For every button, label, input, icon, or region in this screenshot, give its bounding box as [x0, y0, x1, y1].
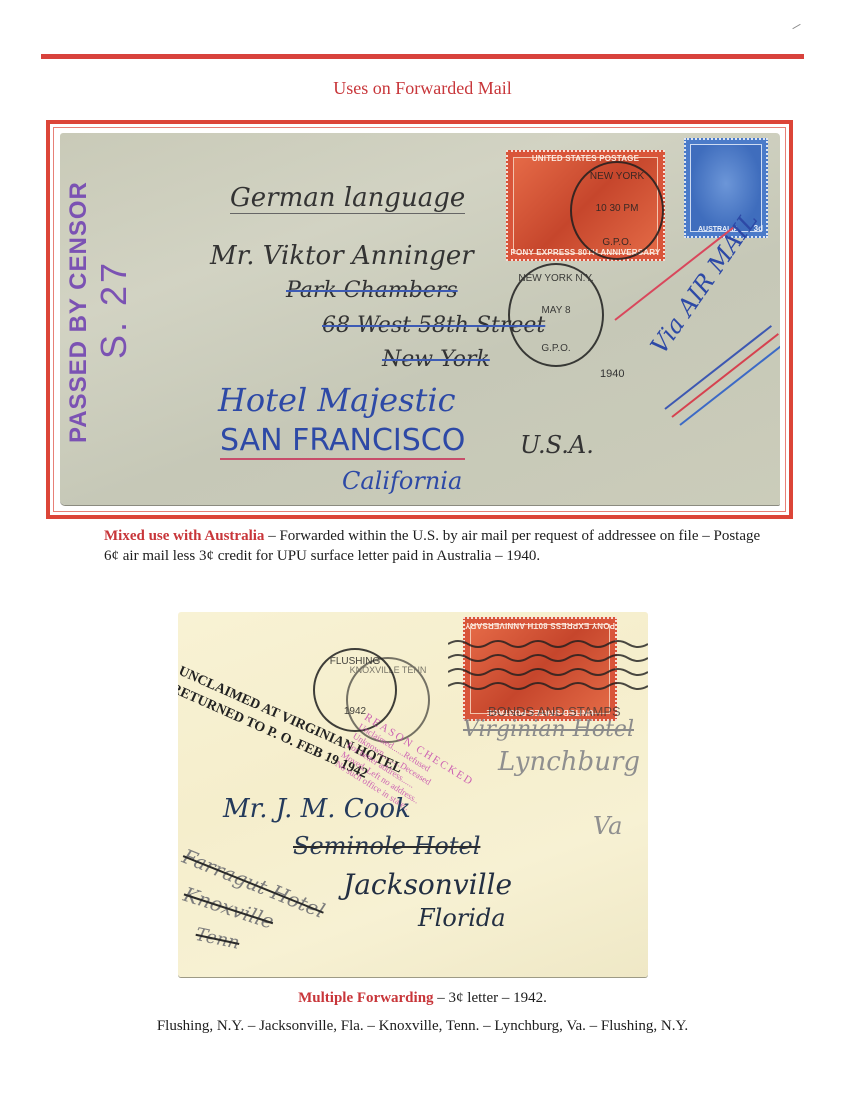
- censor-handstamp: PASSED BY CENSOR S. 27: [65, 181, 135, 443]
- pencil-virginian-hotel: Virginian Hotel: [463, 717, 634, 742]
- address-line-park-chambers: Park Chambers: [286, 278, 458, 303]
- addressee-name: Mr. J. M. Cook: [223, 794, 411, 824]
- pencil-tenn: Tenn: [194, 924, 242, 954]
- machine-cancel-wavy-lines: [448, 632, 648, 712]
- address-line-new-york: New York: [382, 347, 490, 372]
- cover1-envelope: PASSED BY CENSOR S. 27 UNITED STATES POS…: [60, 133, 780, 505]
- address-line-jacksonville: Jacksonville: [343, 868, 512, 901]
- address-line-florida: Florida: [418, 904, 506, 932]
- address-line-west-58th: 68 West 58th Street: [322, 313, 545, 338]
- forward-usa: U.S.A.: [520, 431, 594, 459]
- postmark-new-york-gpo-1: NEW YORK 10 30 PM G.P.O.: [570, 161, 664, 260]
- pencil-va: Va: [593, 812, 622, 840]
- page-title: Uses on Forwarded Mail: [0, 78, 845, 99]
- forward-hotel-majestic: Hotel Majestic: [218, 381, 456, 419]
- corner-mark: [792, 24, 800, 29]
- top-rule: [41, 54, 804, 59]
- address-line-seminole-hotel: Seminole Hotel: [293, 832, 480, 860]
- forward-california: California: [342, 467, 462, 495]
- pencil-lynchburg: Lynchburg: [498, 747, 640, 777]
- cover2-envelope: PONY EXPRESS 80TH ANNIVERSARY UNITED STA…: [178, 612, 648, 977]
- machine-cancel-year: 1940: [600, 368, 624, 380]
- addressee-name: Mr. Viktor Anninger: [210, 241, 474, 271]
- airmail-red-line-2: [671, 333, 779, 418]
- cover2-route: Flushing, N.Y. – Jacksonville, Fla. – Kn…: [0, 1016, 845, 1036]
- cover1-caption: Mixed use with Australia – Forwarded wit…: [104, 526, 764, 566]
- note-german-language: German language: [230, 183, 465, 214]
- cover2-caption: Multiple Forwarding – 3¢ letter – 1942.: [0, 988, 845, 1008]
- forward-san-francisco: SAN FRANCISCO: [220, 423, 465, 460]
